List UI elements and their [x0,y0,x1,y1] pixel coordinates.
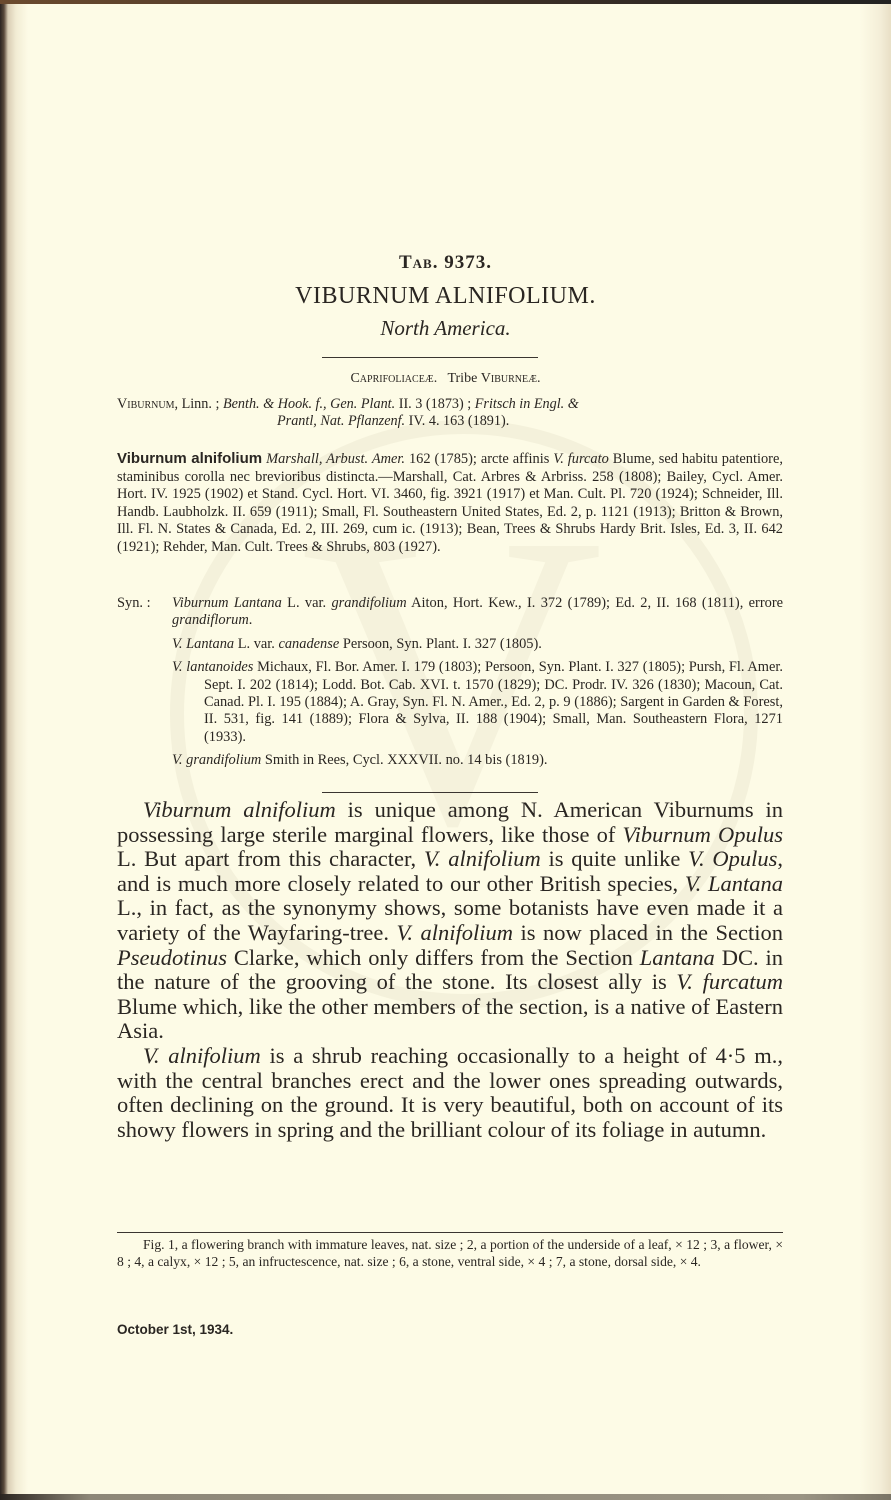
synonym-name: V. lantanoides [172,659,253,675]
synonym-ref: Aiton, Hort. Kew., I. 372 (1789); Ed. 2,… [407,595,783,611]
species-text-1: 162 (1785); arcte affinis [409,451,549,467]
genus-ref-2: Fritsch in Engl. & [475,396,579,412]
italic-term: V. furcatum [676,969,783,994]
italic-term: V. alnifolium [397,920,513,945]
genus-ref-2b: Prantl, Nat. Pflanzenf. [277,413,405,429]
synonym-name: Viburnum Lantana [172,595,282,611]
family-name: Caprifoliaceæ. [350,371,437,386]
species-affinis: V. furcato [553,451,609,467]
text-run: is quite unlike [541,846,688,871]
synonym-var: grandifolium [331,595,406,611]
synonym-extra: grandiflorum [172,612,249,628]
italic-term: Lantana [640,945,715,970]
text-run: Clarke, which only differs from the Sect… [227,945,640,970]
synonym-text: L. var. [234,636,278,652]
species-title: VIBURNUM ALNIFOLIUM. [0,283,891,310]
synonym-item: V. lantanoides Michaux, Fl. Bor. Amer. I… [117,659,783,746]
synonym-item: V. grandifolium Smith in Rees, Cycl. XXX… [117,752,783,769]
genus-ref-2-pages: IV. 4. 163 (1891). [409,413,510,429]
synonym-name: V. Lantana [172,636,234,652]
synonym-item: Syn. : Viburnum Lantana L. var. grandifo… [117,595,783,630]
figure-caption: Fig. 1, a flowering branch with immature… [117,1237,783,1270]
genus-line-2: Prantl, Nat. Pflanzenf. IV. 4. 163 (1891… [117,413,797,430]
body-paragraph-2: V. alnifolium is a shrub reaching occasi… [117,1044,783,1142]
publication-date: October 1st, 1934. [117,1322,233,1337]
bottom-edge [0,1494,891,1500]
body-paragraph-1: Viburnum alnifolium is unique among N. A… [117,798,783,1044]
caption-text: Fig. 1, a flowering branch with immature… [117,1237,783,1270]
synonym-name: V. grandifolium [172,752,261,768]
italic-term: V. Lantana [685,871,783,896]
plate-prefix: Tab. [399,252,438,273]
italic-term: V. Opulus [688,846,777,871]
synonym-ref: Smith in Rees, Cycl. XXXVII. no. 14 bis … [261,752,547,768]
plate-number-value: 9373. [444,252,492,273]
italic-term: V. alnifolium [143,1043,261,1068]
synonym-item: V. Lantana L. var. canadense Persoon, Sy… [117,636,783,653]
genus-ref-1: Benth. & Hook. f., Gen. Plant. [223,396,395,412]
body-text: Viburnum alnifolium is unique among N. A… [117,798,783,1142]
species-name: Viburnum alnifolium [117,450,262,467]
synonym-end: . [249,612,253,628]
genus-name: Viburnum [117,396,174,412]
synonym-var: canadense [278,636,339,652]
synonym-ref: Michaux, Fl. Bor. Amer. I. 179 (1803); P… [204,659,783,745]
family-line: Caprifoliaceæ. Tribe Viburneæ. [0,371,891,387]
text-run: is now placed in the Section [513,920,783,945]
species-description: Viburnum alnifolium Marshall, Arbust. Am… [117,450,783,557]
species-region: North America. [0,316,891,341]
genus-author: , Linn. ; [174,396,219,412]
tribe-label: Tribe [447,371,477,386]
synonym-label: Syn. : [117,595,151,612]
text-run: L. But apart from this character, [117,846,424,871]
title-rule [322,357,538,358]
tribe-name: Viburneæ. [481,371,541,386]
species-author-ref: Marshall, Arbust. Amer. [266,451,405,467]
caption-rule [117,1232,783,1233]
genus-citation: Viburnum, Linn. ; Benth. & Hook. f., Gen… [117,396,797,430]
synonym-ref: Persoon, Syn. Plant. I. 327 (1805). [339,636,542,652]
synonymy: Syn. : Viburnum Lantana L. var. grandifo… [117,595,783,776]
plate-number: Tab. 9373. [0,252,891,274]
italic-term: Viburnum Opulus [623,822,783,847]
italic-term: Pseudotinus [117,945,227,970]
genus-ref-1-pages: II. 3 (1873) ; [399,396,472,412]
synonym-text: L. var. [282,595,332,611]
section-rule [322,792,538,793]
italic-term: V. alnifolium [424,846,541,871]
italic-term: Viburnum alnifolium [143,797,336,822]
text-run: Blume which, like the other members of t… [117,994,783,1044]
top-edge [0,0,891,4]
